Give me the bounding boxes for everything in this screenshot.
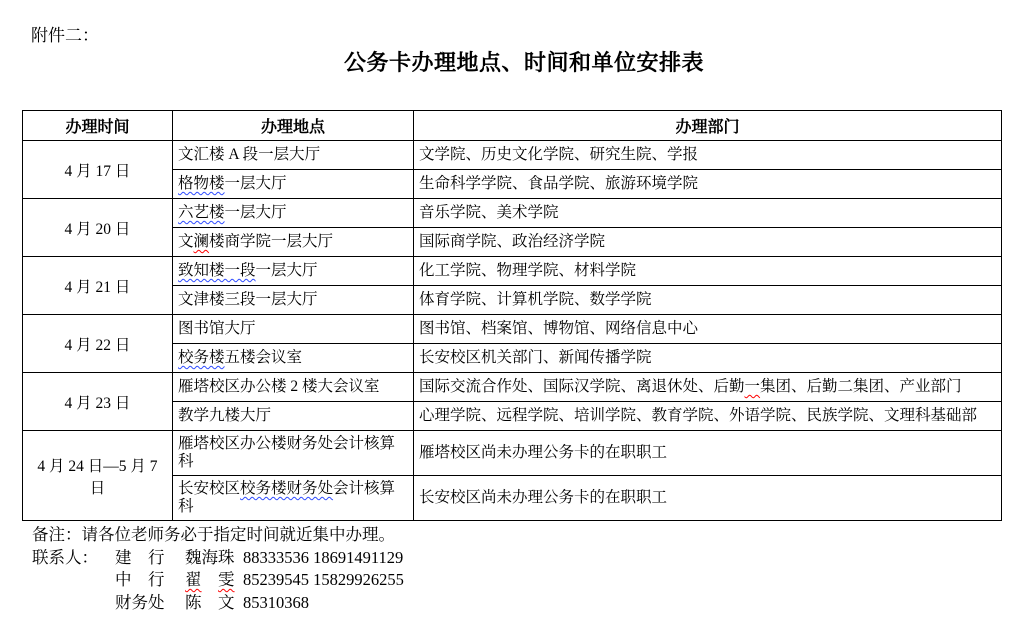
page-title: 公务卡办理地点、时间和单位安排表 [0, 46, 1028, 77]
misspelled-location-text: 致知楼一段 [178, 262, 256, 279]
table-row: 4 月 20 日 六艺楼一层大厅 音乐学院、美术学院 [23, 199, 1002, 228]
location-cell: 六艺楼一层大厅 [173, 199, 414, 228]
location-text: 雁塔校区办公楼 2 楼大会议室 [178, 378, 380, 395]
location-cell: 图书馆大厅 [173, 315, 414, 344]
department-text: 心理学院、远程学院、培训学院、教育学院、外语学院、民族学院、文理科基础部 [419, 407, 977, 424]
header-department: 办理部门 [414, 111, 1002, 141]
contact-name: 魏海珠 [185, 547, 243, 570]
misspelled-location-text: 六艺楼 [178, 204, 225, 221]
table-row: 4 月 17 日 文汇楼 A 段一层大厅 文学院、历史文化学院、研究生院、学报 [23, 141, 1002, 170]
contact-row: 联系人： 建 行 魏海珠 88333536 18691491129 [32, 547, 404, 570]
department-text: 音乐学院、美术学院 [419, 204, 559, 221]
location-cell: 文澜楼商学院一层大厅 [173, 228, 414, 257]
contact-bank: 建 行 [115, 547, 185, 570]
contact-row: 财务处 陈 文 85310368 [32, 592, 404, 615]
location-cell: 校务楼五楼会议室 [173, 344, 414, 373]
department-text: 集团、后勤二集团、产业部门 [760, 378, 962, 395]
department-text: 长安校区尚未办理公务卡的在职职工 [419, 489, 667, 506]
attachment-label: 附件二： [31, 21, 99, 46]
date-cell: 4 月 17 日 [23, 141, 173, 199]
department-text: 长安校区机关部门、新闻传播学院 [419, 349, 652, 366]
location-text: 雁塔校区办公楼财务处会计核算科 [178, 435, 395, 470]
location-cell: 致知楼一段一层大厅 [173, 257, 414, 286]
misspelled-location-text: 校务楼 [178, 349, 225, 366]
contact-bank: 中 行 [115, 569, 185, 592]
date-cell: 4 月 23 日 [23, 373, 173, 431]
department-text: 国际交流合作处、国际汉学院、离退休处、后勤 [419, 378, 745, 395]
department-cell: 心理学院、远程学院、培训学院、教育学院、外语学院、民族学院、文理科基础部 [414, 402, 1002, 431]
location-cell: 长安校区校务楼财务处会计核算科 [173, 476, 414, 521]
department-text: 图书馆、档案馆、博物馆、网络信息中心 [419, 320, 698, 337]
location-text: 一层大厅 [225, 175, 287, 192]
location-text: 文 [178, 233, 194, 250]
contact-name-text: 陈 文 [185, 593, 235, 612]
location-text: 楼商学院一层大厅 [209, 233, 333, 250]
schedule-table: 办理时间 办理地点 办理部门 4 月 17 日 文汇楼 A 段一层大厅 文学院、… [22, 110, 1002, 521]
department-cell: 国际交流合作处、国际汉学院、离退休处、后勤一集团、后勤二集团、产业部门 [414, 373, 1002, 402]
remark-line: 备注：请各位老师务必于指定时间就近集中办理。 [32, 524, 404, 547]
contact-row: 中 行 翟 雯 85239545 15829926255 [32, 569, 404, 592]
location-cell: 文汇楼 A 段一层大厅 [173, 141, 414, 170]
contact-bank: 财务处 [115, 592, 185, 615]
location-cell: 雁塔校区办公楼财务处会计核算科 [173, 431, 414, 476]
contact-label-spacer [32, 569, 115, 592]
date-cell: 4 月 20 日 [23, 199, 173, 257]
department-text: 文学院、历史文化学院、研究生院、学报 [419, 146, 698, 163]
location-text: 文汇楼 A 段一层大厅 [178, 146, 320, 163]
location-text: 五楼会议室 [225, 349, 303, 366]
date-cell: 4 月 22 日 [23, 315, 173, 373]
location-cell: 教学九楼大厅 [173, 402, 414, 431]
contact-name: 翟 雯 [185, 569, 243, 592]
location-text: 一层大厅 [225, 204, 287, 221]
misspelled-location-text: 澜 [194, 233, 210, 250]
header-location: 办理地点 [173, 111, 414, 141]
department-cell: 音乐学院、美术学院 [414, 199, 1002, 228]
department-cell: 雁塔校区尚未办理公务卡的在职职工 [414, 431, 1002, 476]
department-cell: 文学院、历史文化学院、研究生院、学报 [414, 141, 1002, 170]
department-text: 国际商学院、政治经济学院 [419, 233, 605, 250]
contact-name-text: 魏海珠 [185, 548, 235, 567]
location-text: 教学九楼大厅 [178, 407, 271, 424]
header-time: 办理时间 [23, 111, 173, 141]
location-cell: 文津楼三段一层大厅 [173, 286, 414, 315]
department-text: 化工学院、物理学院、材料学院 [419, 262, 636, 279]
date-cell: 4 月 24 日—5 月 7 日 [23, 431, 173, 521]
contact-label-spacer [32, 592, 115, 615]
table-header-row: 办理时间 办理地点 办理部门 [23, 111, 1002, 141]
location-text: 文津楼三段一层大厅 [178, 291, 318, 308]
department-cell: 体育学院、计算机学院、数学学院 [414, 286, 1002, 315]
misspelled-location-text: 校务楼财务处 [240, 480, 333, 497]
location-text: 图书馆大厅 [178, 320, 256, 337]
department-cell: 长安校区尚未办理公务卡的在职职工 [414, 476, 1002, 521]
misspelled-contact-name-text: 雯 [218, 570, 235, 589]
department-cell: 图书馆、档案馆、博物馆、网络信息中心 [414, 315, 1002, 344]
date-cell: 4 月 21 日 [23, 257, 173, 315]
misspelled-contact-name-text: 翟 [185, 570, 202, 589]
department-text: 雁塔校区尚未办理公务卡的在职职工 [419, 444, 667, 461]
department-cell: 国际商学院、政治经济学院 [414, 228, 1002, 257]
location-text: 一层大厅 [256, 262, 318, 279]
table-row: 4 月 23 日 雁塔校区办公楼 2 楼大会议室 国际交流合作处、国际汉学院、离… [23, 373, 1002, 402]
location-cell: 雁塔校区办公楼 2 楼大会议室 [173, 373, 414, 402]
location-text: 长安校区 [178, 480, 240, 497]
contact-name: 陈 文 [185, 592, 243, 615]
department-text: 体育学院、计算机学院、数学学院 [419, 291, 652, 308]
misspelled-location-text: 格物楼 [178, 175, 225, 192]
location-cell: 格物楼一层大厅 [173, 170, 414, 199]
contact-label: 联系人： [32, 547, 115, 570]
contact-name-text [202, 570, 219, 589]
contact-phones: 85310368 [243, 592, 309, 615]
footer-notes: 备注：请各位老师务必于指定时间就近集中办理。 联系人： 建 行 魏海珠 8833… [32, 524, 404, 614]
table-row: 4 月 21 日 致知楼一段一层大厅 化工学院、物理学院、材料学院 [23, 257, 1002, 286]
table-row: 4 月 24 日—5 月 7 日 雁塔校区办公楼财务处会计核算科 雁塔校区尚未办… [23, 431, 1002, 476]
contact-phones: 85239545 15829926255 [243, 569, 404, 592]
department-text: 生命科学学院、食品学院、旅游环境学院 [419, 175, 698, 192]
department-cell: 化工学院、物理学院、材料学院 [414, 257, 1002, 286]
misspelled-department-text: 一 [745, 378, 761, 395]
table-row: 4 月 22 日 图书馆大厅 图书馆、档案馆、博物馆、网络信息中心 [23, 315, 1002, 344]
contact-phones: 88333536 18691491129 [243, 547, 403, 570]
department-cell: 生命科学学院、食品学院、旅游环境学院 [414, 170, 1002, 199]
department-cell: 长安校区机关部门、新闻传播学院 [414, 344, 1002, 373]
